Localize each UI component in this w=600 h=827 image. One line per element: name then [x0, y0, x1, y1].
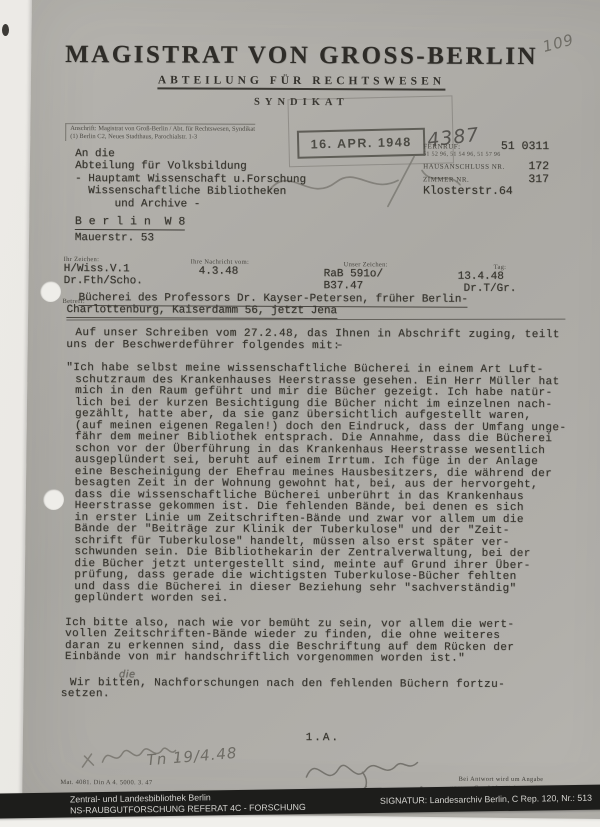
- signer-code: Dr.T/Gr.: [464, 283, 517, 295]
- reply-request-line1: Bei Antwort wird um Angabe: [450, 776, 551, 785]
- text-line: Abteilung für Volksbildung: [75, 160, 306, 173]
- text-line: setzen.: [61, 689, 573, 703]
- your-reference-value-1: H/Wiss.V.1: [64, 263, 143, 275]
- room-label: ZIMMER NR.: [423, 176, 469, 184]
- subject-underline-rule: [66, 319, 565, 321]
- body-request-paragraph: Ich bitte also, nach wie vor bemüht zu s…: [65, 617, 573, 665]
- letterhead-department: ABTEILUNG FÜR RECHTSWESEN: [158, 74, 445, 90]
- letter-body: Auf unser Schreiben vom 27.2.48, das Ihn…: [65, 328, 575, 703]
- text-line: uns der Beschwerdeführer folgendes mit:: [66, 339, 574, 353]
- text-line: und Archive -: [75, 198, 306, 211]
- phone-label: FERNRUF:: [423, 143, 461, 151]
- body-closing-paragraph: die Wir bitten, Nachforschungen nach den…: [61, 677, 573, 702]
- body-intro-paragraph: Auf unser Schreiben vom 27.2.48, das Ihn…: [66, 328, 574, 353]
- body-quoted-paragraph: "Ich habe selbst meine wissenschaftliche…: [65, 363, 574, 607]
- your-message-date: Ihre Nachricht vom: 4.3.48: [191, 259, 249, 278]
- archive-institution-block: Zentral- und Landesbibliothek Berlin NS-…: [70, 791, 306, 815]
- subject-line-2: Charlottenburg, Kaiserdamm 56, jetzt Jen…: [66, 304, 337, 319]
- sender-address-note: Anschrift: Magistrat von Groß-Berlin / A…: [65, 123, 255, 142]
- your-message-value: 4.3.48: [199, 266, 249, 278]
- our-reference-value-1: RaB 591o/: [324, 268, 388, 280]
- subject-block: Bücherei des Professors Dr. Kayser-Peter…: [66, 292, 468, 318]
- signature-prefix: 1.A.: [306, 732, 340, 744]
- our-reference: Unser Zeichen: RaB 591o/ B37.47: [324, 261, 388, 292]
- archive-signature-reference: SIGNATUR: Landesarchiv Berlin, C Rep. 12…: [380, 792, 592, 805]
- text-line: Wir bitten, Nachforschungen nach den feh…: [61, 677, 573, 691]
- recipient-block: An dieAbteilung für Volksbildung- Haupta…: [75, 148, 306, 211]
- letter-date-value: 13.4.48: [458, 271, 517, 283]
- contact-block: FERNRUF: 51 0311 51 52 96, 51 54 96, 51 …: [423, 140, 549, 199]
- handwritten-insert-word: die: [119, 669, 136, 681]
- document-scan: 109 MAGISTRAT VON GROSS-BERLIN ABTEILUNG…: [0, 0, 600, 827]
- text-line: Wissenschaftliche Bibliotheken: [75, 185, 306, 198]
- page-number-annotation: 109: [541, 30, 576, 55]
- letter-content: 109 MAGISTRAT VON GROSS-BERLIN ABTEILUNG…: [0, 0, 600, 827]
- house-line-label: HAUSANSCHLUSS NR.: [423, 163, 505, 171]
- recipient-city: B e r l i n W 8: [75, 215, 185, 230]
- office-street: Klosterstr.64: [423, 185, 549, 199]
- your-reference: Ihr Zeichen: H/Wiss.V.1 Dr.Fth/Scho.: [64, 256, 143, 287]
- letterhead-title: MAGISTRAT VON GROSS-BERLIN: [62, 41, 542, 71]
- recipient-street: Mauerstr. 53: [75, 232, 154, 244]
- house-line-number: 172: [528, 160, 549, 173]
- text-line: geplündert worden sei.: [74, 593, 573, 607]
- letter-date: Tag: 13.4.48 Dr.T/Gr.: [444, 264, 517, 295]
- our-reference-value-2: B37.47: [324, 280, 388, 292]
- your-reference-value-2: Dr.Fth/Scho.: [64, 275, 143, 287]
- text-line: Einbände von mir handschriftlich vorgeno…: [65, 652, 573, 666]
- room-number: 317: [528, 173, 549, 186]
- phone-number: 51 0311: [501, 140, 549, 153]
- sender-address-line2: (1) Berlin C2, Neues Stadthaus, Parochia…: [70, 133, 255, 142]
- form-number-note: Mat. 4081. Din A 4. 5000. 3. 47: [60, 779, 152, 786]
